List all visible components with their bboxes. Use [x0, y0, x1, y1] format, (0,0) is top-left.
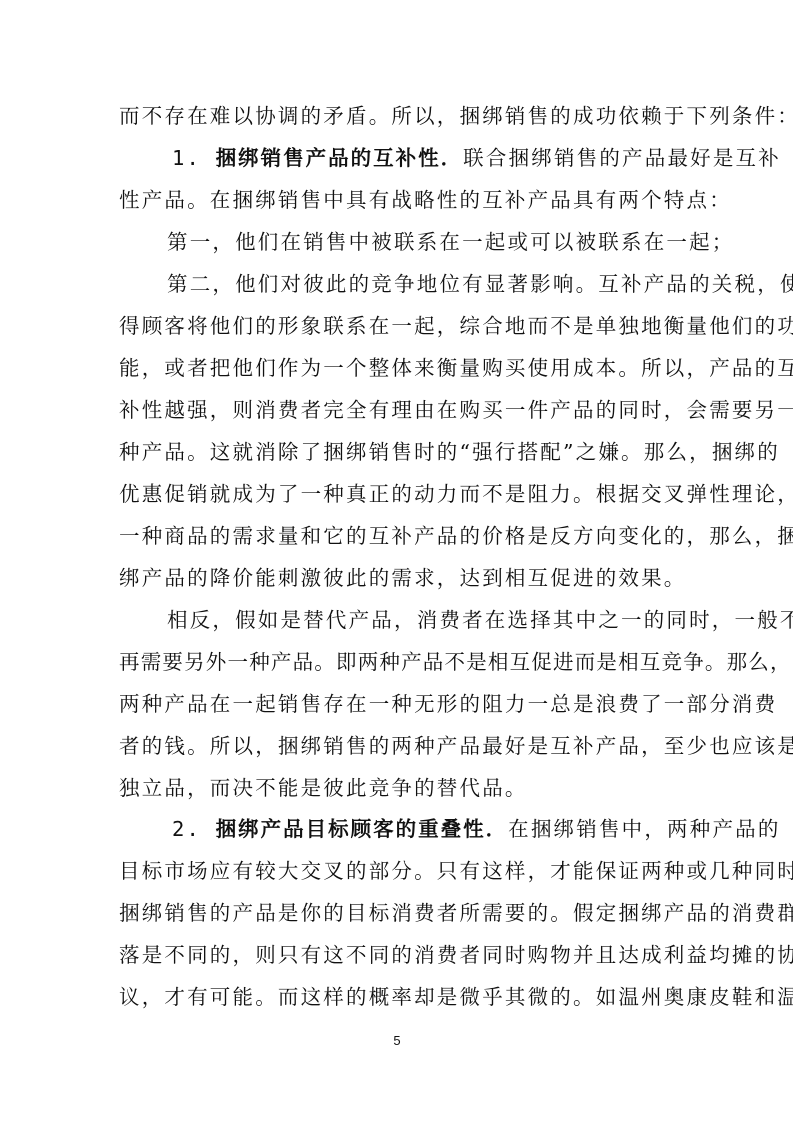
- text-line: 落是不同的，则只有这不同的消费者同时购物并且达成利益均摊的协: [119, 940, 679, 970]
- text-line: 者的钱。所以，捆绑销售的两种产品最好是互补产品，至少也应该是: [119, 731, 679, 761]
- text-line: 能，或者把他们作为一个整体来衡量购买使用成本。所以，产品的互: [119, 353, 679, 383]
- text-line: 再需要另外一种产品。即两种产品不是相互促进而是相互竞争。那么，: [119, 647, 679, 677]
- text-line: 独立品，而决不能是彼此竞争的替代品。: [119, 773, 679, 803]
- heading-number: 1.: [172, 146, 216, 170]
- heading-bold-text: 捆绑产品目标顾客的重叠性．: [216, 817, 509, 841]
- text-line: 一种商品的需求量和它的互补产品的价格是反方向变化的，那么，捆: [119, 521, 679, 551]
- text-line: 得顾客将他们的形象联系在一起，综合地而不是单独地衡量他们的功: [119, 311, 679, 341]
- text-line: 两种产品在一起销售存在一种无形的阻力一总是浪费了一部分消费: [119, 689, 679, 719]
- numbered-heading-1: 1. 捆绑销售产品的互补性．联合捆绑销售的产品最好是互补: [172, 143, 684, 173]
- text-line: 目标市场应有较大交叉的部分。只有这样，才能保证两种或几种同时: [119, 856, 679, 886]
- text-line: 议，才有可能。而这样的概率却是微乎其微的。如温州奥康皮鞋和温: [119, 982, 679, 1012]
- document-page: 而不存在难以协调的矛盾。所以，捆绑销售的成功依赖于下列条件： 1. 捆绑销售产品…: [0, 0, 793, 1122]
- text-line: 补性越强，则消费者完全有理由在购买一件产品的同时，会需要另一: [119, 395, 679, 425]
- text-line: 种产品。这就消除了捆绑销售时的“强行搭配”之嫌。那么，捆绑的: [119, 437, 679, 467]
- heading-number: 2.: [172, 817, 216, 841]
- text-line: 捆绑销售的产品是你的目标消费者所需要的。假定捆绑产品的消费群: [119, 898, 679, 928]
- heading-body-text: 联合捆绑销售的产品最好是互补: [463, 146, 781, 170]
- heading-bold-text: 捆绑销售产品的互补性．: [216, 146, 464, 170]
- text-line: 第一，他们在销售中被联系在一起或可以被联系在一起；: [167, 227, 679, 257]
- text-line: 相反，假如是替代产品，消费者在选择其中之一的同时，一般不: [167, 605, 679, 635]
- text-line: 绑产品的降价能刺激彼此的需求，达到相互促进的效果。: [119, 563, 679, 593]
- text-line: 第二，他们对彼此的竞争地位有显著影响。互补产品的关税，使: [167, 269, 679, 299]
- page-number: 5: [389, 1033, 405, 1048]
- text-line: 而不存在难以协调的矛盾。所以，捆绑销售的成功依赖于下列条件：: [119, 101, 679, 131]
- numbered-heading-2: 2. 捆绑产品目标顾客的重叠性．在捆绑销售中，两种产品的: [172, 814, 684, 844]
- text-line: 优惠促销就成为了一种真正的动力而不是阻力。根据交叉弹性理论，: [119, 479, 679, 509]
- text-line: 性产品。在捆绑销售中具有战略性的互补产品具有两个特点：: [119, 185, 679, 215]
- heading-body-text: 在捆绑销售中，两种产品的: [508, 817, 780, 841]
